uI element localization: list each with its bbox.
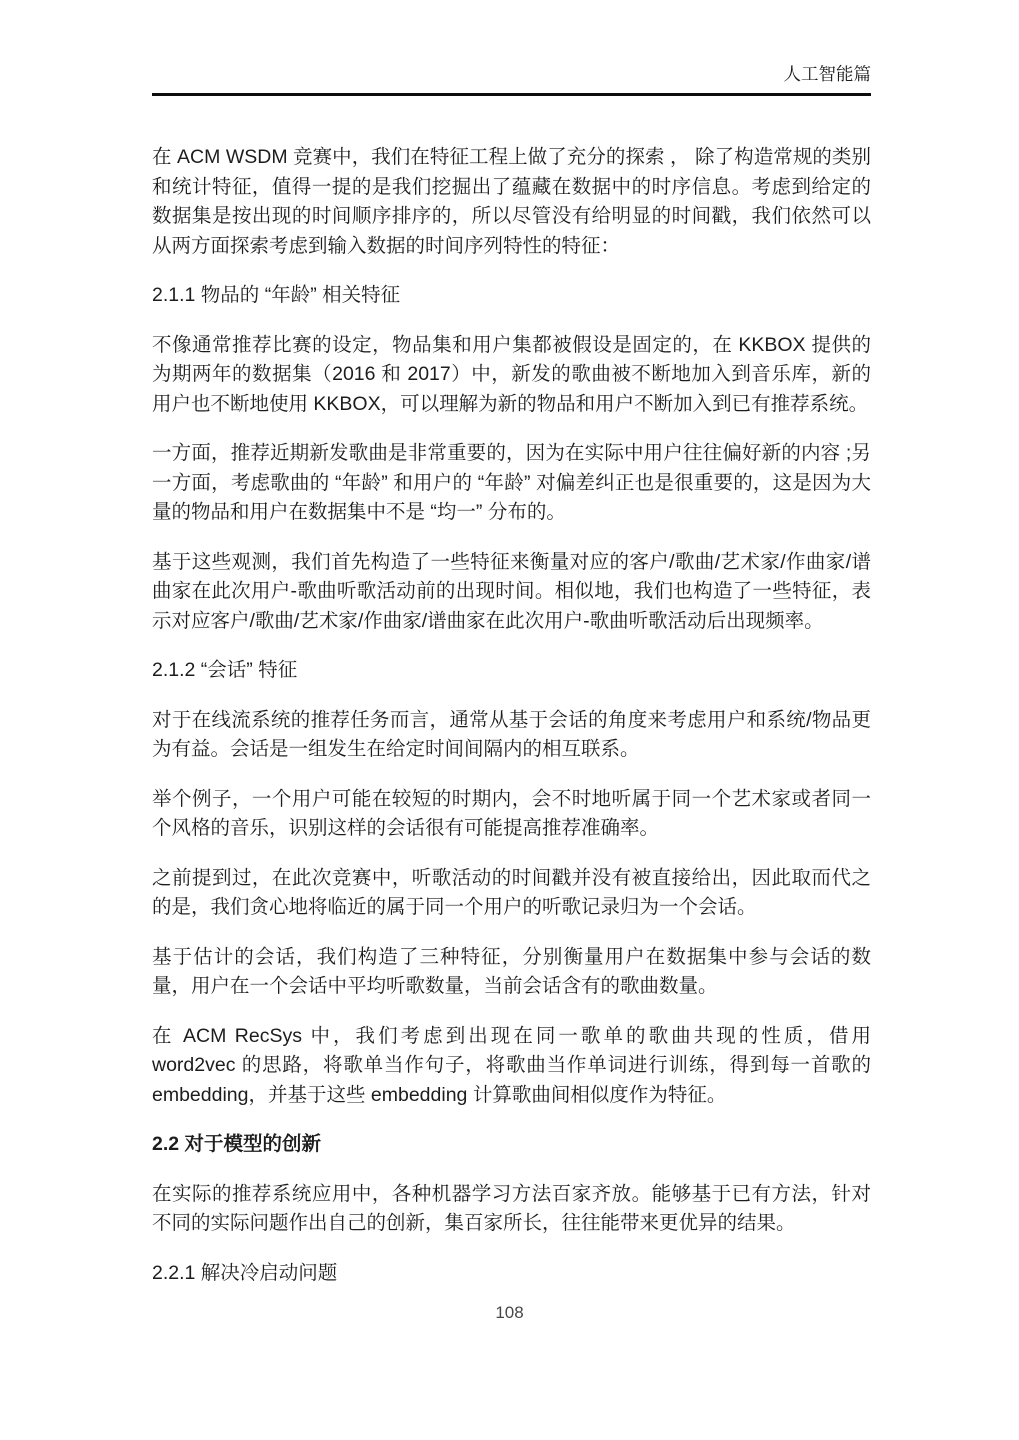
section-heading-2-1-2: 2.1.2 “会话” 特征 <box>152 656 871 686</box>
paragraph-session-greedy-grouping: 之前提到过，在此次竞赛中，听歌活动的时间戳并没有被直接给出，因此取而代之的是，我… <box>152 864 871 923</box>
document-page: 人工智能篇 在 ACM WSDM 竞赛中，我们在特征工程上做了充分的探索 ， 除… <box>0 0 1019 1440</box>
page-number: 108 <box>0 1302 1019 1324</box>
paragraph-kkbox-dataset: 不像通常推荐比赛的设定，物品集和用户集都被假设是固定的，在 KKBOX 提供的为… <box>152 331 871 420</box>
paragraph-appearance-time-features: 基于这些观测，我们首先构造了一些特征来衡量对应的客户/歌曲/艺术家/作曲家/谱曲… <box>152 548 871 637</box>
paragraph-model-innovation: 在实际的推荐系统应用中，各种机器学习方法百家齐放。能够基于已有方法，针对不同的实… <box>152 1180 871 1239</box>
paragraph-recsys-word2vec: 在 ACM RecSys 中，我们考虑到出现在同一歌单的歌曲共现的性质，借用 w… <box>152 1022 871 1111</box>
paragraph-session-three-features: 基于估计的会话，我们构造了三种特征，分别衡量用户在数据集中参与会话的数量，用户在… <box>152 943 871 1002</box>
section-heading-2-2-1: 2.2.1 解决冷启动问题 <box>152 1259 871 1289</box>
running-header-title: 人工智能篇 <box>152 62 871 86</box>
paragraph-session-example: 举个例子，一个用户可能在较短的时期内，会不时地听属于同一个艺术家或者同一个风格的… <box>152 785 871 844</box>
section-heading-2-1-1: 2.1.1 物品的 “年龄” 相关特征 <box>152 281 871 311</box>
section-heading-2-2: 2.2 对于模型的创新 <box>152 1130 871 1160</box>
page-body: 在 ACM WSDM 竞赛中，我们在特征工程上做了充分的探索 ， 除了构造常规的… <box>152 143 871 1308</box>
paragraph-intro-features: 在 ACM WSDM 竞赛中，我们在特征工程上做了充分的探索 ， 除了构造常规的… <box>152 143 871 261</box>
paragraph-session-definition: 对于在线流系统的推荐任务而言，通常从基于会话的角度来考虑用户和系统/物品更为有益… <box>152 706 871 765</box>
header-rule <box>152 93 871 96</box>
paragraph-age-bias: 一方面，推荐近期新发歌曲是非常重要的，因为在实际中用户往往偏好新的内容 ;另一方… <box>152 439 871 528</box>
